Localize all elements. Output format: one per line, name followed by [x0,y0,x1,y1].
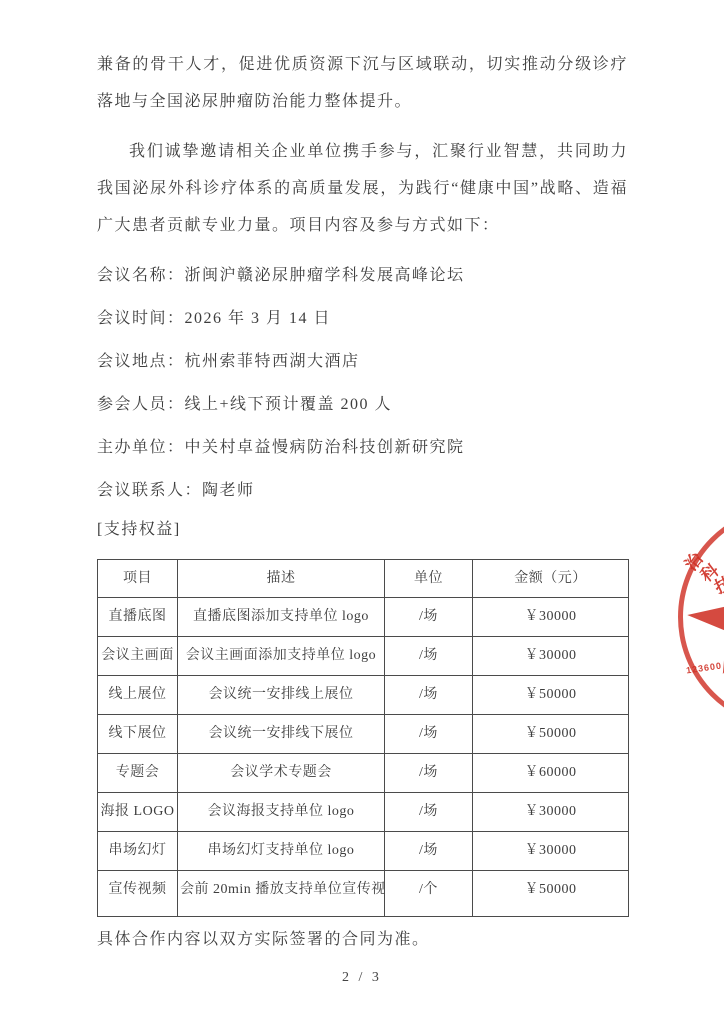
page-number: 2 / 3 [0,970,724,986]
table-row: 宣传视频 会前 20min 播放支持单位宣传视频 /个 ￥50000 [98,871,629,917]
column-header-item: 项目 [98,560,178,598]
cell-price: ￥50000 [473,676,629,715]
cell-price: ￥30000 [473,637,629,676]
detail-conference-name: 会议名称：浙闽沪赣泌尿肿瘤学科发展高峰论坛 [97,257,628,294]
table-row: 会议主画面 会议主画面添加支持单位 logo /场 ￥30000 [98,637,629,676]
document-page: 兼备的骨干人才，促进优质资源下沉与区域联动，切实推动分级诊疗落地与全国泌尿肿瘤防… [0,0,724,1024]
detail-conference-venue: 会议地点：杭州索菲特西湖大酒店 [97,343,628,380]
column-header-desc: 描述 [178,560,385,598]
column-header-unit: 单位 [385,560,473,598]
cell-unit: /场 [385,754,473,793]
cell-item: 直播底图 [98,598,178,637]
cell-price: ￥50000 [473,715,629,754]
cell-desc: 会前 20min 播放支持单位宣传视频 [178,871,385,917]
detail-attendees: 参会人员：线上+线下预计覆盖 200 人 [97,386,628,423]
cell-price: ￥30000 [473,832,629,871]
table-header-row: 项目 描述 单位 金额（元） [98,560,629,598]
table-row: 专题会 会议学术专题会 /场 ￥60000 [98,754,629,793]
cell-price: ￥30000 [473,598,629,637]
sponsorship-rights-table: 项目 描述 单位 金额（元） 直播底图 直播底图添加支持单位 logo /场 ￥… [97,559,629,917]
seal-ring-icon [678,505,724,729]
section-label-support-rights: [支持权益] [97,515,628,545]
footer-note: 具体合作内容以双方实际签署的合同为准。 [97,926,628,954]
cell-desc: 串场幻灯支持单位 logo [178,832,385,871]
cell-item: 专题会 [98,754,178,793]
cell-item: 线上展位 [98,676,178,715]
cell-item: 会议主画面 [98,637,178,676]
cell-price: ￥50000 [473,871,629,917]
column-header-price: 金额（元） [473,560,629,598]
cell-unit: /场 [385,598,473,637]
cell-unit: /场 [385,715,473,754]
cell-unit: /场 [385,637,473,676]
table-row: 海报 LOGO 会议海报支持单位 logo /场 ￥30000 [98,793,629,832]
cell-item: 串场幻灯 [98,832,178,871]
cell-desc: 直播底图添加支持单位 logo [178,598,385,637]
cell-unit: /个 [385,871,473,917]
seal-arc-character: 治 [677,546,707,575]
cell-item: 海报 LOGO [98,793,178,832]
detail-conference-date: 会议时间：2026 年 3 月 14 日 [97,300,628,337]
cell-unit: /场 [385,832,473,871]
seal-serial-number: 123600 [685,661,722,676]
seal-arc-character: 科 [694,556,723,586]
detail-contact-person: 会议联系人：陶老师 [97,472,628,509]
paragraph-invitation: 我们诚挚邀请相关企业单位携手参与，汇聚行业智慧，共同助力我国泌尿外科诊疗体系的高… [97,133,628,244]
cell-unit: /场 [385,676,473,715]
table-row: 线下展位 会议统一安排线下展位 /场 ￥50000 [98,715,629,754]
table-row: 线上展位 会议统一安排线上展位 /场 ￥50000 [98,676,629,715]
table-row: 串场幻灯 串场幻灯支持单位 logo /场 ￥30000 [98,832,629,871]
paragraph-continuation: 兼备的骨干人才，促进优质资源下沉与区域联动，切实推动分级诊疗落地与全国泌尿肿瘤防… [97,46,628,120]
seal-star-icon [682,557,724,683]
cell-unit: /场 [385,793,473,832]
cell-item: 线下展位 [98,715,178,754]
detail-organizer: 主办单位：中关村卓益慢病防治科技创新研究院 [97,429,628,466]
cell-item: 宣传视频 [98,871,178,917]
table-row: 直播底图 直播底图添加支持单位 logo /场 ￥30000 [98,598,629,637]
cell-desc: 会议统一安排线下展位 [178,715,385,754]
cell-price: ￥60000 [473,754,629,793]
cell-desc: 会议统一安排线上展位 [178,676,385,715]
cell-desc: 会议学术专题会 [178,754,385,793]
cell-price: ￥30000 [473,793,629,832]
seal-arc-character: 技 [710,569,724,599]
cell-desc: 会议海报支持单位 logo [178,793,385,832]
cell-desc: 会议主画面添加支持单位 logo [178,637,385,676]
document-body: 兼备的骨干人才，促进优质资源下沉与区域联动，切实推动分级诊疗落地与全国泌尿肿瘤防… [97,46,628,954]
